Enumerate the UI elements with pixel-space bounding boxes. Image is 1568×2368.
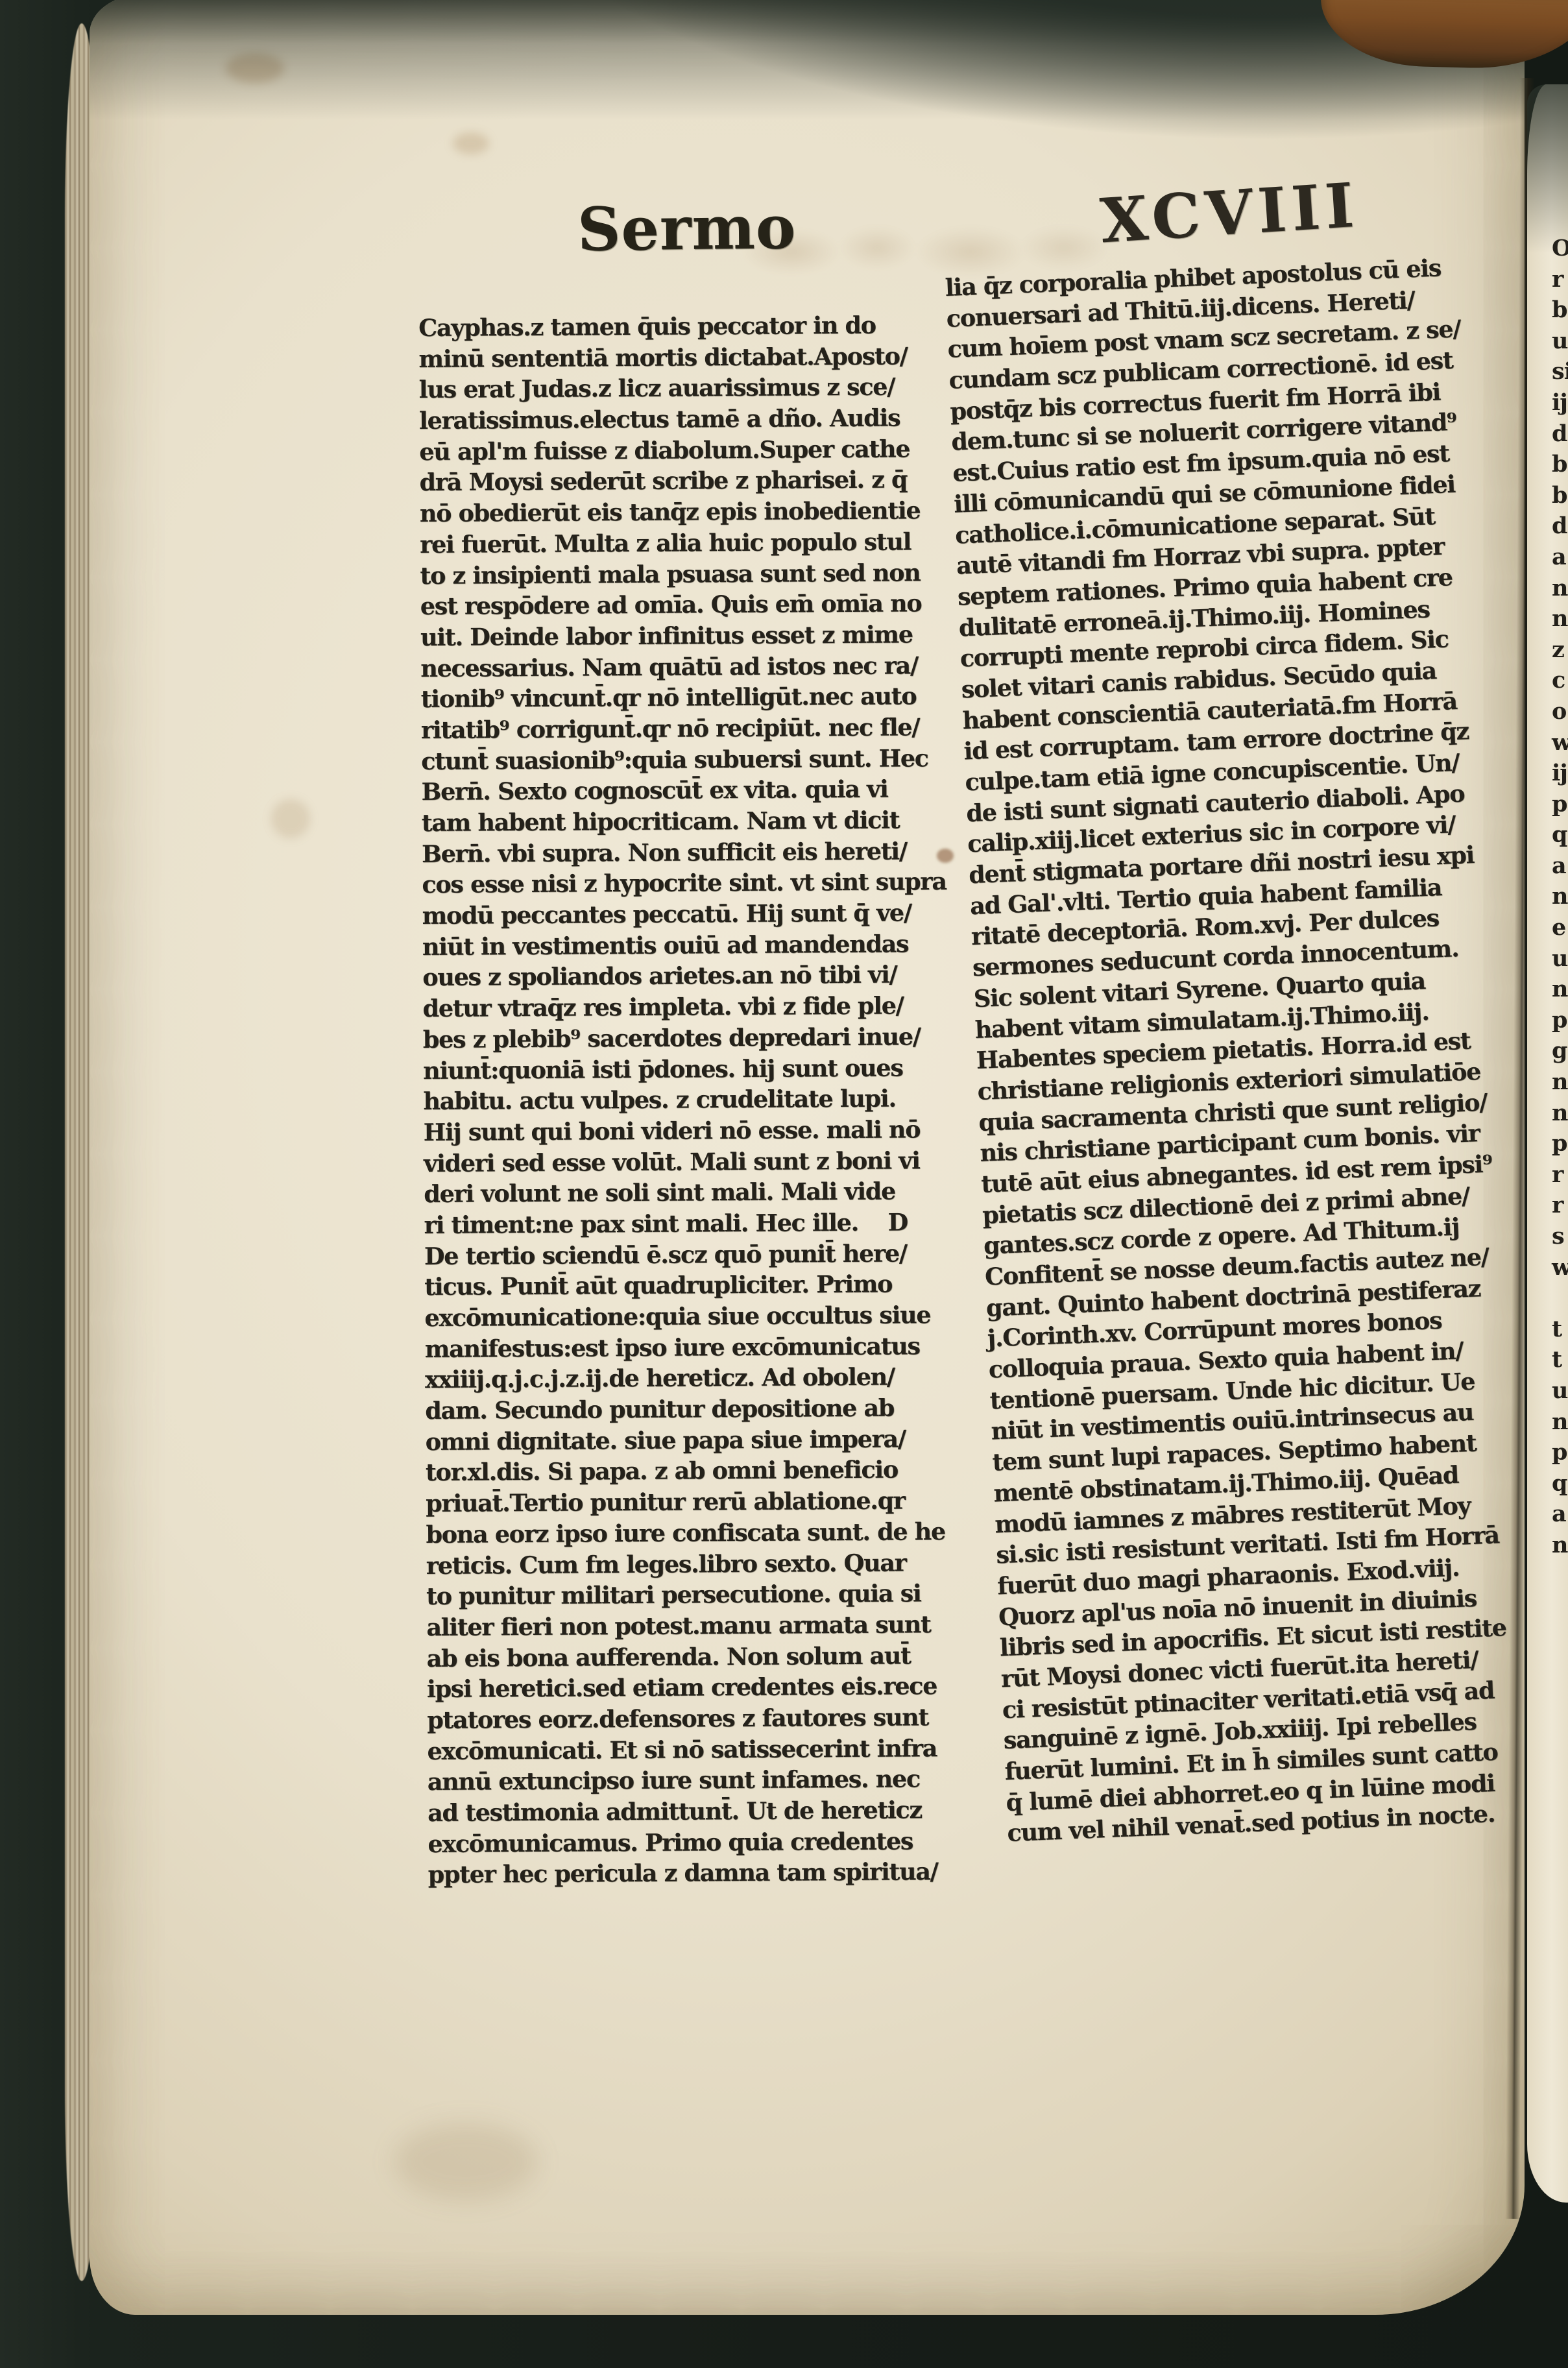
text-fragment: u: [1552, 945, 1568, 976]
running-title: Sermo: [577, 192, 796, 265]
text-fragment: O: [1552, 235, 1568, 266]
text-line: eū apl'm fuisse z diabolum.Super cathe: [419, 435, 938, 469]
text-line: aliter fieri non potest.manu armata sunt: [426, 1610, 945, 1645]
text-column-right: lia q̄z corporalia phibet apostolus cū e…: [945, 253, 1525, 1850]
text-line: tam habent hipocriticam. Nam vt dicit: [422, 806, 941, 840]
text-line: drā Moysi sederūt scribe z pharisei. z q…: [419, 466, 938, 500]
text-line: niunt̄:quoniā isti p̄dones. hij sunt oue…: [423, 1054, 942, 1088]
text-line: ad testimonia admittunt̄. Ut de hereticz: [428, 1796, 947, 1830]
text-fragment: n: [1552, 883, 1568, 914]
text-fragment: d: [1552, 513, 1568, 544]
text-line: cos esse nisi z hypocrite sint. vt sint …: [422, 867, 941, 902]
text-fragment: p: [1552, 1007, 1568, 1038]
text-line: rei fuerūt. Multa z alia huic populo stu…: [420, 527, 939, 562]
text-fragment: g: [1552, 1037, 1568, 1069]
text-fragment: d: [1552, 420, 1568, 452]
text-line: leratissimus.electus tamē a dño. Audis: [419, 404, 938, 438]
text-line: bes z plebib⁹ sacerdotes depredari inue/: [423, 1022, 942, 1057]
text-line: habitu. actu vulpes. z crudelitate lupi.: [423, 1084, 942, 1118]
text-line: annū extuncipso iure sunt infames. nec: [428, 1765, 947, 1799]
text-line: uit. Deinde labor infinitus esset z mime: [420, 620, 939, 655]
text-fragment: a: [1552, 852, 1568, 884]
text-fragment: q: [1552, 821, 1568, 852]
text-line: videri sed esse volūt. Mali sunt z boni …: [424, 1146, 943, 1181]
text-fragment: ij: [1552, 760, 1568, 791]
text-fragment: n: [1552, 1100, 1568, 1131]
text-line: detur vtraq̄z res impleta. vbi z fide pl…: [422, 991, 941, 1026]
text-fragment: [1552, 1563, 1568, 1594]
next-page-text-fragments: Orbusiijdbbdannzcowijpqaneunpgnnprrswttu…: [1552, 235, 1568, 1593]
text-line: ab eis bona aufferenda. Non solum aut̄: [427, 1641, 946, 1676]
text-line: ptatores eorz.defensores z fautores sunt: [427, 1703, 946, 1737]
text-line: ritatib⁹ corrigunt̄.qr nō recipiūt. nec …: [421, 713, 940, 747]
text-line: deri volunt ne soli sint mali. Mali vide: [424, 1177, 943, 1211]
text-line: to z insipienti mala psuasa sunt sed non: [420, 559, 939, 593]
text-fragment: p: [1552, 1439, 1568, 1470]
text-line: ipsi heretici.sed etiam credentes eis.re…: [427, 1672, 946, 1706]
text-fragment: t: [1552, 1346, 1568, 1377]
text-line: Hij sunt qui boni videri nō esse. mali n…: [424, 1115, 943, 1150]
text-line: omni dignitate. siue papa siue impera/: [425, 1425, 944, 1459]
text-line: Bern̄. Sexto cognoscūt̄ ex vita. quia vi: [421, 775, 940, 809]
text-line: ticus. Punit̄ aūt quadrupliciter. Primo: [424, 1270, 943, 1304]
text-line: excōmunicati. Et si nō satissecerint inf…: [427, 1734, 946, 1769]
text-line: ctunt̄ suasionib⁹:quia subuersi sunt. He…: [421, 744, 940, 779]
text-fragment: w: [1552, 1254, 1568, 1285]
text-fragment: n: [1552, 605, 1568, 636]
text-fragment: t: [1552, 1316, 1568, 1347]
text-line: minū sententiā mortis dictabat.Aposto/: [418, 342, 937, 376]
text-fragment: si: [1552, 358, 1568, 389]
text-fragment: b: [1552, 296, 1568, 328]
text-fragment: n: [1552, 575, 1568, 606]
foxing-stain: [394, 2123, 537, 2201]
text-column-left: Cayphas.z tamen q̄uis peccator in dominū…: [418, 311, 947, 1892]
next-page-top-shadow: [1527, 84, 1568, 253]
text-line: tionib⁹ vincunt̄.qr nō intelligūt.nec au…: [420, 682, 939, 716]
text-line: priuat̄.Tertio punitur rerū ablatione.qr: [426, 1486, 945, 1521]
text-line: modū peccantes peccatū. Hij sunt q̄ ve/: [422, 899, 941, 933]
text-fragment: b: [1552, 451, 1568, 482]
text-fragment: r: [1552, 1161, 1568, 1192]
text-fragment: a: [1552, 544, 1568, 575]
text-fragment: b: [1552, 482, 1568, 513]
text-line: reticis. Cum fm leges.libro sexto. Quar: [426, 1549, 945, 1583]
text-fragment: r: [1552, 266, 1568, 297]
photo-canvas: Sermo XCVIII Cayphas.z tamen q̄uis pecca…: [0, 0, 1568, 2368]
next-page-sliver: Orbusiijdbbdannzcowijpqaneunpgnnprrswttu…: [1527, 84, 1568, 2203]
foxing-stain: [271, 799, 310, 838]
text-fragment: n: [1552, 976, 1568, 1007]
text-fragment: q: [1552, 1470, 1568, 1501]
text-fragment: ij: [1552, 389, 1568, 420]
text-fragment: [1552, 1285, 1568, 1316]
text-line: necessarius. Nam quātū ad istos nec ra/: [420, 651, 939, 686]
book-page: Sermo XCVIII Cayphas.z tamen q̄uis pecca…: [90, 0, 1525, 2315]
folio-number: XCVIII: [1098, 170, 1361, 258]
text-fragment: o: [1552, 698, 1568, 729]
text-line: est respōdere ad omīa. Quis em̄ omīa no: [420, 589, 939, 623]
text-line: nō obedierūt eis tanq̄z epis inobedienti…: [420, 496, 939, 531]
text-fragment: w: [1552, 729, 1568, 760]
text-line: Bern̄. vbi supra. Non sufficit eis heret…: [422, 837, 941, 871]
text-fragment: a: [1552, 1501, 1568, 1532]
text-fragment: p: [1552, 1130, 1568, 1161]
text-fragment: n: [1552, 1069, 1568, 1100]
text-line: tor.xl.dis. Si papa. z ab omni beneficio: [426, 1456, 945, 1490]
text-line: Cayphas.z tamen q̄uis peccator in do: [418, 311, 937, 345]
text-line: excōmunicatione:quia siue occultus siue: [424, 1301, 943, 1335]
text-fragment: n: [1552, 1408, 1568, 1440]
text-line: dam. Secundo punitur depositione ab: [425, 1394, 944, 1428]
text-line: to punitur militari persecutione. quia s…: [426, 1579, 945, 1613]
text-fragment: e: [1552, 914, 1568, 945]
text-line: xxiiij.q.j.c.j.z.ij.de hereticz. Ad obol…: [425, 1362, 944, 1397]
text-fragment: z: [1552, 636, 1568, 668]
text-fragment: u: [1552, 328, 1568, 359]
text-line: De tertio sciendū ē.scz quō punit̄ here/: [424, 1239, 943, 1274]
text-fragment: r: [1552, 1192, 1568, 1223]
text-line: lus erat Judas.z licz auarissimus z sce/: [419, 372, 938, 407]
text-line: oues z spoliandos arietes.an nō tibi vi/: [422, 961, 941, 995]
text-line: bona eorz ipso iure confiscata sunt. de …: [426, 1517, 945, 1552]
text-line: ri timent:ne pax sint mali. Hec ille. D: [424, 1208, 943, 1242]
text-line: niūt in vestimentis ouiū ad mandendas: [422, 930, 941, 964]
foxing-stain: [453, 132, 489, 154]
text-fragment: u: [1552, 1377, 1568, 1408]
text-fragment: n: [1552, 1532, 1568, 1563]
text-fragment: s: [1552, 1223, 1568, 1254]
text-fragment: p: [1552, 791, 1568, 822]
foxing-stain: [226, 53, 284, 83]
text-line: ppter hec pericula z damna tam spiritua/: [428, 1857, 947, 1892]
text-line: manifestus:est ipso iure excōmunicatus: [425, 1332, 944, 1366]
text-line: excōmunicamus. Primo quia credentes: [428, 1827, 947, 1861]
text-fragment: c: [1552, 667, 1568, 698]
